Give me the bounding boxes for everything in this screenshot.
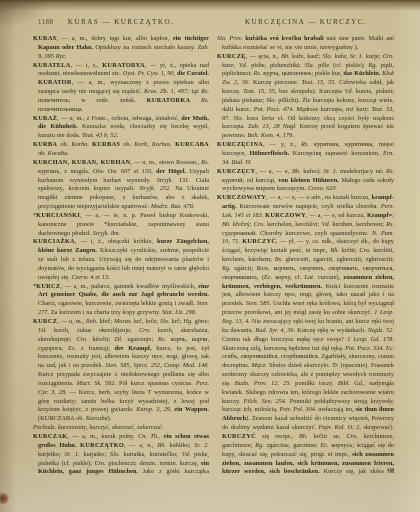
dictionary-entry: KURCZ, — u, m., Boh. křeč; Morav. krč, k… [33, 318, 209, 424]
text-segment: Cro. [383, 53, 394, 60]
text-segment: судорожный [222, 230, 255, 237]
text-segment: kerzh, zuhas okerzhljenje; [47, 327, 139, 334]
text-segment: kuřátko; [166, 442, 194, 449]
text-segment: krč; [170, 318, 184, 325]
text-segment: Bibl. Gd., [338, 380, 365, 387]
text-segment: Słońce dzień skurczyło. [267, 362, 332, 369]
text-segment: KURCZAK [33, 433, 67, 440]
dictionary-entry: *KURCZ, — a, m., palurcz, gatunek kwadłó… [33, 283, 209, 318]
text-segment: курча, цыпленокъ [263, 70, 311, 77]
text-segment: Cn. Th., [138, 433, 160, 440]
text-segment: Bh. [299, 433, 308, 440]
running-head-right: KURCZĘCINA — KURCZYC. [218, 18, 394, 30]
text-segment: Pochodz. kurczowaty, kurczyć, skurczać, … [33, 424, 164, 431]
text-segment: Slo. Prov. [217, 35, 243, 42]
text-segment: Petr. Pol. 304. [280, 406, 317, 413]
text-segment: Kurop. 3, 29, [136, 406, 171, 413]
text-segment: Najdz. 52. [368, 327, 394, 334]
text-segment: KUR­CABA [175, 141, 209, 148]
text-segment: kuře, kauř; [290, 53, 323, 60]
text-segment [190, 97, 201, 104]
text-segment: KURCZYĆ [222, 433, 256, 440]
text-segment: Pilch. Sen. 254. [244, 398, 287, 405]
text-segment: kerzhen, kerzhoven; [330, 221, 386, 228]
text-segment: kérchi; [88, 336, 115, 343]
catchword: się [217, 466, 394, 473]
text-segment: Kocaba. [48, 150, 69, 157]
text-segment: KURATORKA [147, 97, 191, 104]
text-segment: kuřátka svú kvočku hrabali [245, 35, 323, 42]
text-segment: Vd. [322, 221, 331, 228]
text-segment: Rs. [201, 159, 209, 166]
text-segment: курятина, курятинка [314, 141, 372, 148]
text-segment: pille (cf. piskle); [314, 62, 368, 69]
text-segment: Pół kurcz spasmus cynicus. [116, 380, 196, 387]
text-segment: krč, krče; [132, 318, 160, 325]
text-segment: попечительница [38, 106, 82, 113]
text-segment: , — a, m., palurcz, gatunek kwadłów myśl… [60, 283, 198, 290]
text-segment: Bh. [222, 221, 231, 228]
text-segment: Cro. [76, 336, 87, 343]
text-segment: kure; [222, 62, 239, 69]
text-segment: zgarcenje; [123, 336, 159, 343]
dictionary-entry: Slo. Prov. kuřátka svú kvočku hrabali na… [217, 35, 394, 53]
text-segment: Kurczowate nerwów napięcie, czyli wielka… [237, 203, 381, 210]
text-segment: z frameą); [76, 345, 114, 352]
text-segment: KURBA [33, 141, 57, 148]
text-segment: bez skrupułu). Kurczęta [276, 88, 344, 95]
text-segment: Vd. [38, 327, 47, 334]
text-segment: Kurczęcinę zaprawić korzeniem. [289, 150, 383, 157]
text-segment: Stat. Lit. 298. [162, 309, 197, 316]
text-segment: Slo. [266, 97, 276, 104]
text-segment: Ec. [386, 345, 394, 352]
text-segment: ob. [120, 141, 134, 148]
text-segment: KURCZĘCY [217, 168, 255, 175]
text-segment: Zab. 13, 28 Nagł. [248, 123, 297, 130]
text-segment: Cro. [359, 247, 370, 254]
text-segment: Bh. [157, 442, 166, 449]
text-segment: сгибъ, скорчившійся, сгорбившійся [222, 353, 318, 360]
text-segment: ob. [57, 141, 71, 148]
text-segment: Opiekłszy na rożnach niechało kurasy. [93, 44, 198, 51]
text-segment: , — a, — e, [255, 168, 292, 175]
text-segment: Boh. [86, 318, 98, 325]
text-segment: kuriatka, kuriatečko; [120, 451, 182, 458]
text-segment: Ec. [320, 442, 328, 449]
text-segment: kurje; [363, 53, 382, 60]
text-segment: Papr. Kol. O. 2, [319, 424, 361, 431]
text-segment: skrępować). [361, 424, 394, 431]
text-segment: křečný; [231, 221, 254, 228]
text-segment: Modrz. Baz. 478. [151, 203, 195, 210]
text-segment: , — a, — e, od kurczu, [306, 212, 367, 219]
dictionary-entry: KURBA ob. Korba. KURBAS ob. Korb, Korbas… [33, 141, 209, 159]
text-segment: Cro. [95, 460, 106, 467]
text-segment: Czerw. 4 et 13. [71, 274, 109, 281]
text-segment: Sr. 1. [323, 168, 337, 175]
dictionary-entry: KURCZOWATY, — a, — e, — o adv., na kszta… [217, 194, 394, 475]
dictionary-entry: KURCHAN, KURAN, KURHAN, — u, m., słowo R… [33, 159, 209, 212]
text-segment: Kurczę rękę w wydatkach. [295, 327, 368, 334]
text-segment: . Choroby kurczowe, czyli spasmodyczne. [255, 230, 372, 237]
text-segment: Stryjk. 8m. [93, 230, 120, 237]
text-segment: uwłaczają im, [316, 406, 355, 413]
dictionary-entry: KURCIAŻKA, — i, ż., obrączki krótkie, ku… [33, 238, 209, 282]
text-segment: KURATOR [38, 79, 72, 86]
text-segment: , — a, n., [124, 442, 157, 449]
text-segment: , cf. [290, 274, 304, 281]
text-segment: Pot. Pocz. 474. [254, 106, 294, 113]
text-segment: Bh. [330, 247, 339, 254]
text-segment: ein Wappen. [174, 406, 209, 413]
text-segment: , — i, ż., [71, 62, 103, 69]
text-segment: Lat. [304, 274, 314, 281]
text-segment: Crn. [139, 327, 150, 334]
text-segment: , — a, m., dobry tęgi kur, albo kapłon, [57, 35, 173, 42]
dictionary-entry: KURATELA, — i, ż., KURATORYA, — yi, ż., … [33, 62, 209, 115]
text-segment: , z mogiła. [59, 168, 93, 175]
text-segment: Rg. [222, 265, 231, 272]
text-segment: tąż [189, 88, 201, 95]
text-segment: KUR­CZYĆ [242, 238, 276, 245]
text-segment: KURCZĄTKO [80, 442, 124, 449]
dictionary-page-scan: 1188 KURAS — KURCZĄTKO. KURCZĘCINA — KUR… [0, 0, 420, 512]
text-segment: ; od kurcząt, [242, 177, 278, 184]
text-segment: Macr. Sk. 592. [77, 380, 116, 387]
text-segment: zgárcit; [231, 265, 257, 272]
text-segment: Vd. [182, 451, 191, 458]
text-segment: kuřecí; [301, 168, 324, 175]
text-segment: корчу [275, 274, 290, 281]
text-segment: křeč; [97, 318, 114, 325]
text-segment: ; [392, 212, 394, 219]
text-segment: , — u, m., słowo Rossian., [130, 159, 201, 166]
text-segment: Sr. 2. [194, 442, 209, 449]
text-segment: Rg. [368, 62, 377, 69]
right-column: Slo. Prov. kuřátka svú kvočku hrabali na… [217, 35, 394, 475]
text-segment: Slo. [323, 53, 333, 60]
text-segment: der Krampf, [115, 345, 152, 352]
text-segment: Sien. 585, Spicz. 252, Comp. Med. 148. [105, 362, 209, 369]
text-segment: zgárcitse, garcimse; [264, 442, 321, 449]
text-segment: 1 Leop. Gd. 178. [347, 336, 394, 343]
text-segment: , [207, 336, 209, 343]
text-segment: KURCZĘ [217, 53, 246, 60]
text-segment: KURCZĘCINA [217, 141, 263, 148]
text-segment: Ross. [256, 265, 269, 272]
text-segment: ; w rodz. żeńsk. [69, 97, 147, 104]
text-segment: курячій [222, 177, 242, 184]
text-segment: krčiti; [339, 247, 359, 254]
text-segment: . [82, 106, 84, 113]
text-segment: KURBAS [92, 141, 120, 148]
text-segment: Stryjk. 252. [139, 185, 171, 192]
text-segment: ghrricsiti, zgarciti, zghercsiti, zghrio… [283, 256, 394, 263]
dictionary-entry: KURCZAK, — a, m., kurak polny. Cn. Th., … [33, 433, 209, 475]
text-segment: Cro. [346, 433, 357, 440]
text-segment: Charci, ogarowie, kurczowie, zwierzęta l… [38, 300, 197, 307]
text-segment: , — u, m., [57, 318, 86, 325]
text-segment: Stryjk. 131. [157, 177, 190, 184]
text-segment: Pot. Pocz. 334. [345, 345, 384, 352]
text-segment: Rs. [201, 88, 209, 95]
text-segment: Skurczoną szlą, kurczoną będziesz tuż dą… [222, 345, 345, 352]
text-segment: Sien. 585. [246, 300, 271, 307]
text-segment: KURCIANSKI [36, 212, 80, 219]
text-segment: судорога [38, 345, 62, 352]
text-segment: Oyst. Pr. Cyw. 1, 90, [123, 70, 175, 77]
text-segment: von kleinen Hühnern. [278, 177, 339, 184]
dictionary-entry: KURAS, — a, m., dobry tęgi kur, albo kap… [33, 35, 209, 62]
text-segment: , — u, m., z Franc., ochota, odwaga, śmi… [57, 115, 181, 122]
text-segment: корчусь [331, 442, 352, 449]
text-segment: modekurjacy né; [337, 168, 386, 175]
ink-spot [0, 492, 9, 505]
text-segment: KURCIAŻKA [33, 238, 75, 245]
text-segment: , — i, ż., obrączki krótkie, [75, 238, 157, 245]
text-segment: Sr. 1. [350, 53, 364, 60]
dictionary-entry: KURAŻ, — u, m., z Franc., ochota, odwaga… [33, 115, 209, 142]
text-segment: Kurczę pieczone. [250, 79, 302, 86]
dictionary-entry: KURCZĘCY, — a, — e, Bh. kuřecí; Sr. 1. m… [217, 168, 394, 195]
text-segment: Teat. 15, 55, [243, 88, 276, 95]
dictionary-entry: Pochodz. kurczowaty, kurczyć, skurczać, … [33, 424, 209, 433]
text-segment: KURATORYA [102, 62, 145, 69]
text-segment: Krampf= [367, 212, 392, 219]
text-segment: görts; [193, 318, 209, 325]
text-segment: ob. [38, 150, 48, 157]
text-segment: Ec. [264, 274, 272, 281]
text-segment: Hg. [183, 318, 192, 325]
text-segment: Vd. [344, 88, 353, 95]
text-segment: KURAS [33, 35, 57, 42]
text-segment: , — a, m., kurak polny. [67, 433, 138, 440]
text-segment: pomiłki toczy. [291, 380, 338, 387]
text-segment: (KURCZABA ob. [38, 415, 86, 422]
text-segment: Bh. [292, 168, 301, 175]
text-segment: Sla. [305, 62, 315, 69]
text-segment: Dl. [115, 336, 123, 343]
text-segment: Rs. [301, 141, 309, 148]
text-segment: курганъ [38, 168, 59, 175]
text-segment: Czemu tak długo kurczysz mękę ręce swoje… [222, 336, 347, 343]
text-segment: KURCZOWY [265, 212, 306, 219]
text-segment: się recipr., [256, 433, 299, 440]
text-segment: Kras. Zb. 1, 497; [144, 88, 189, 95]
dictionary-entry: KURCZĘ, — ęcia, n., Bh. kuře, kauř; Slo.… [217, 53, 394, 141]
text-segment: KURCHAN, KURAN, KURHAN [33, 159, 130, 166]
text-segment: Korb, Korbas. [134, 141, 172, 148]
left-column: KURAS, — a, m., dobry tęgi kur, albo kap… [33, 35, 209, 475]
text-segment: Sr. 1. [65, 451, 80, 458]
text-segment: Slo. [234, 115, 244, 122]
text-segment: Bs. [275, 256, 283, 263]
text-segment: das Küchlein. [343, 70, 380, 77]
text-segment: Rs. [158, 336, 166, 343]
text-segment: Rs. [386, 168, 394, 175]
text-segment: , — y, ż., [263, 141, 301, 148]
text-segment: Teat. 43 b, 52. [82, 132, 118, 139]
dictionary-entry: KURCZĘCINA, — y, ż., Rs. курятина, курят… [217, 141, 394, 168]
running-head-left: KURAS — KURCZĄTKO. [33, 18, 209, 30]
dictionary-entry: *KURCIANSKI, — a, — ie, n. p. Paweł bisk… [33, 212, 209, 239]
text-segment: Za kurczem i na charta trzy kopy grzywny… [49, 309, 162, 316]
text-segment: Creso. 620. [308, 185, 337, 192]
text-segment: Mącz. [252, 362, 267, 369]
text-segment: kurjetko; [38, 451, 65, 458]
text-segment: Ec. [68, 345, 76, 352]
text-segment: ; piskle kur, [311, 70, 343, 77]
text-segment: Hühnerfleisch. [250, 150, 290, 157]
text-segment: корчь, корчи [171, 336, 208, 343]
text-segment: kurjatko; [80, 451, 110, 458]
text-segment: pischenczi; demin. nomin. kurczę, [106, 460, 201, 467]
text-segment: Slo. [160, 318, 170, 325]
text-segment: Korba. [71, 141, 89, 148]
text-segment: попечитель [38, 97, 69, 104]
text-segment: Otw. Ow. 607 et 150, [93, 168, 153, 175]
text-segment: Budn. Prov. 12, 25. [235, 380, 291, 387]
text-segment: curvare), [314, 274, 343, 281]
text-segment: die Curatel. [177, 70, 209, 77]
text-segment: KURCZ [36, 283, 60, 290]
text-segment: KURAŻ [33, 115, 57, 122]
text-segment: kuřa; [332, 53, 350, 60]
text-segment: Mądrsze kurczęta, niż kury. [294, 106, 372, 113]
text-segment: Rs. [201, 97, 209, 104]
text-segment: Kurcaba [86, 415, 108, 422]
text-segment: Rs. [386, 221, 394, 228]
text-segment: Rg. [255, 442, 264, 449]
text-segment: Rad. Syr. 4, 36. [255, 327, 295, 334]
text-segment: kerchelen, kerchlivi; [265, 221, 322, 228]
text-segment: Bh. [281, 53, 290, 60]
text-segment: KURCZ [33, 318, 57, 325]
text-segment: Morav. [114, 318, 132, 325]
text-segment: pishe, pishenzhiki; [247, 62, 304, 69]
text-segment: Teat. 15, 55. [302, 79, 336, 86]
text-segment: , — ęcia, n., [246, 53, 281, 60]
text-segment: Slo. [110, 451, 120, 458]
text-segment: KURCZOWATY [217, 194, 266, 201]
text-segment: Cro. [254, 221, 265, 228]
text-segment: , — a, — e, — o adv., na kształt kurczu, [266, 194, 372, 201]
text-segment: der Hügel. [156, 168, 186, 175]
text-segment: krčiti se; [308, 433, 347, 440]
text-segment: ). [108, 415, 112, 422]
text-segment: KURATELA [33, 62, 71, 69]
text-segment: Boh. Kom. 4, 179. [247, 132, 293, 139]
